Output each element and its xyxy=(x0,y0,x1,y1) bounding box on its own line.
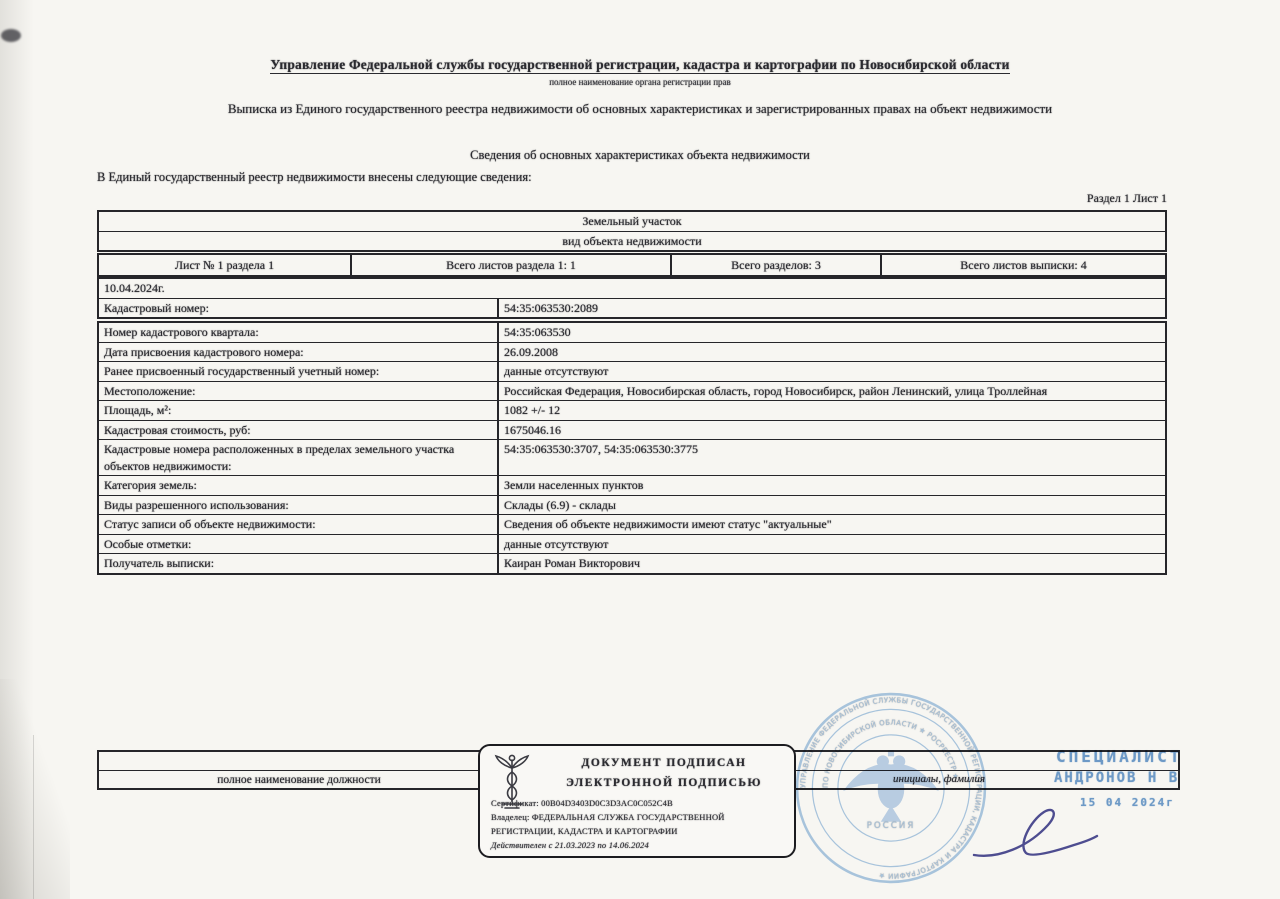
characteristics-table: Номер кадастрового квартала: 54:35:06353… xyxy=(97,321,1167,575)
sheet-cell: Лист № 1 раздела 1 xyxy=(99,255,352,275)
esign-validity: Действителен с 21.03.2023 по 14.06.2024 xyxy=(491,840,649,850)
table-row: Кадастровая стоимость, руб: 1675046.16 xyxy=(99,420,1165,440)
table-row: Статус записи об объекте недвижимости: С… xyxy=(99,514,1165,534)
table-row: Дата присвоения кадастрового номера: 26.… xyxy=(99,342,1165,362)
table-row: Лист № 1 раздела 1 Всего листов раздела … xyxy=(99,255,1165,275)
extract-date: 10.04.2024г. xyxy=(99,279,1165,298)
paper-fold-line xyxy=(33,735,34,899)
registration-authority-name: Управление Федеральной службы государств… xyxy=(0,57,1280,73)
row-label: Ранее присвоенный государственный учетны… xyxy=(99,362,499,381)
row-label: Дата присвоения кадастрового номера: xyxy=(99,343,499,362)
specialist-stamp-text: СПЕЦИАЛИСТ xyxy=(1056,747,1182,766)
esignature-stamp: ДОКУМЕНТ ПОДПИСАН ЭЛЕКТРОННОЙ ПОДПИСЬЮ С… xyxy=(478,744,796,858)
table-row: Виды разрешенного использования: Склады … xyxy=(99,495,1165,515)
row-value: Сведения об объекте недвижимости имеют с… xyxy=(499,515,1165,534)
scan-smudge xyxy=(1,29,21,42)
row-label: Категория земель: xyxy=(99,476,499,495)
row-value: Российская Федерация, Новосибирская обла… xyxy=(499,382,1165,401)
sheet-cell: Всего разделов: 3 xyxy=(672,255,882,275)
authority-caption: полное наименование органа регистрации п… xyxy=(0,77,1280,87)
row-label: Кадастровая стоимость, руб: xyxy=(99,421,499,440)
sheets-table: Лист № 1 раздела 1 Всего листов раздела … xyxy=(97,253,1167,277)
table-row: вид объекта недвижимости xyxy=(99,231,1165,251)
row-label: Местоположение: xyxy=(99,382,499,401)
row-value: данные отсутствуют xyxy=(499,535,1165,554)
table-row: Особые отметки: данные отсутствуют xyxy=(99,534,1165,554)
row-label: Получатель выписки: xyxy=(99,554,499,573)
scan-corner-shadow xyxy=(0,679,70,899)
registration-authority-text: Управление Федеральной службы государств… xyxy=(270,57,1009,74)
object-type: Земельный участок xyxy=(99,212,1165,231)
intro-line: В Единый государственный реестр недвижим… xyxy=(97,170,532,185)
row-label: Статус записи об объекте недвижимости: xyxy=(99,515,499,534)
row-value: Земли населенных пунктов xyxy=(499,476,1165,495)
row-value: 26.09.2008 xyxy=(499,343,1165,362)
double-eagle-icon xyxy=(843,750,939,821)
document-page: Управление Федеральной службы государств… xyxy=(0,0,1280,899)
row-label: Кадастровый номер: xyxy=(99,299,499,318)
handwritten-signature xyxy=(970,803,1100,863)
object-type-table: Земельный участок вид объекта недвижимос… xyxy=(97,210,1167,252)
row-value: 1082 +/- 12 xyxy=(499,401,1165,420)
row-value: 54:35:063530:2089 xyxy=(499,299,1165,318)
table-row: Категория земель: Земли населенных пункт… xyxy=(99,475,1165,495)
table-row: Ранее присвоенный государственный учетны… xyxy=(99,361,1165,381)
date-cadastral-table: 10.04.2024г. Кадастровый номер: 54:35:06… xyxy=(97,277,1167,319)
esign-line2: ЭЛЕКТРОННОЙ ПОДПИСЬЮ xyxy=(542,777,786,789)
row-label: Номер кадастрового квартала: xyxy=(99,323,499,342)
row-value: 54:35:063530 xyxy=(499,323,1165,342)
esign-certificate: Сертификат: 00B04D3403D0C3D3AC0C052C4B xyxy=(491,798,673,808)
esign-owner-line1: Владелец: ФЕДЕРАЛЬНАЯ СЛУЖБА ГОСУДАРСТВЕ… xyxy=(491,812,725,822)
section-title: Сведения об основных характеристиках объ… xyxy=(0,148,1280,163)
row-label: Особые отметки: xyxy=(99,535,499,554)
row-value: 54:35:063530:3707, 54:35:063530:3775 xyxy=(499,440,1165,475)
row-value: Склады (6.9) - склады xyxy=(499,496,1165,515)
row-label: Кадастровые номера расположенных в преде… xyxy=(99,440,499,475)
esign-line1: ДОКУМЕНТ ПОДПИСАН xyxy=(542,757,786,769)
table-row: Местоположение: Российская Федерация, Но… xyxy=(99,381,1165,401)
table-row: Земельный участок xyxy=(99,212,1165,231)
row-label: Виды разрешенного использования: xyxy=(99,496,499,515)
round-official-seal: УПРАВЛЕНИЕ ФЕДЕРАЛЬНОЙ СЛУЖБЫ ГОСУДАРСТВ… xyxy=(794,691,988,885)
table-row: 10.04.2024г. xyxy=(99,279,1165,298)
sheet-cell: Всего листов раздела 1: 1 xyxy=(352,255,672,275)
specialist-name-stamp: АНДРОНОВ Н В xyxy=(1054,770,1179,786)
document-title: Выписка из Единого государственного реес… xyxy=(60,101,1220,117)
position-caption: полное наименование должности xyxy=(129,774,469,786)
seal-center-text: РОССИЯ xyxy=(867,821,916,831)
row-value: Каиран Роман Викторович xyxy=(499,554,1165,573)
esign-owner-line2: РЕГИСТРАЦИИ, КАДАСТРА И КАРТОГРАФИИ xyxy=(491,826,678,836)
table-row: Кадастровые номера расположенных в преде… xyxy=(99,439,1165,475)
row-value: 1675046.16 xyxy=(499,421,1165,440)
table-row: Кадастровый номер: 54:35:063530:2089 xyxy=(99,298,1165,318)
sheet-cell: Всего листов выписки: 4 xyxy=(882,255,1165,275)
object-type-caption: вид объекта недвижимости xyxy=(99,232,1165,251)
row-value: данные отсутствуют xyxy=(499,362,1165,381)
table-row: Номер кадастрового квартала: 54:35:06353… xyxy=(99,323,1165,342)
row-label: Площадь, м²: xyxy=(99,401,499,420)
table-row: Получатель выписки: Каиран Роман Викторо… xyxy=(99,553,1165,573)
table-row: Площадь, м²: 1082 +/- 12 xyxy=(99,400,1165,420)
section-sheet-label: Раздел 1 Лист 1 xyxy=(1087,191,1167,206)
